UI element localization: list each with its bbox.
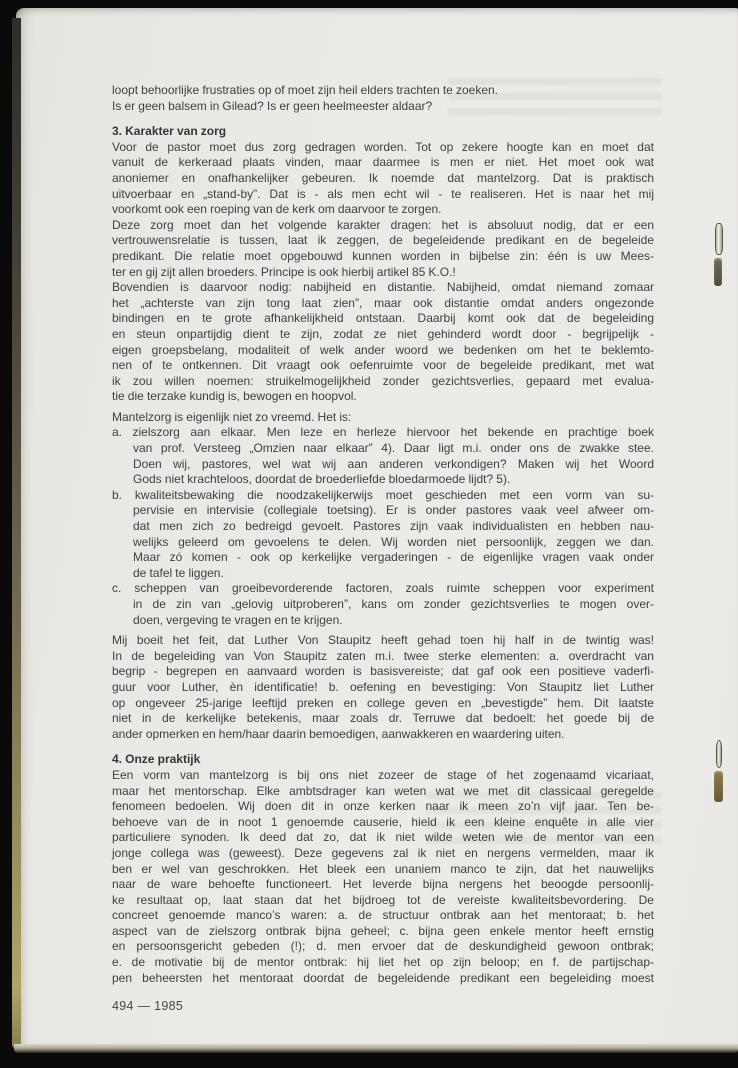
text-line: Deze zorg moet dan het volgende karakter… — [112, 218, 654, 234]
text-line: Bovendien is daarvoor nodig: nabijheid e… — [112, 280, 654, 296]
text-line: a. zielszorg aan elkaar. Men leze en her… — [112, 425, 654, 441]
paragraph: a. zielszorg aan elkaar. Men leze en her… — [112, 425, 654, 487]
text-line: c. scheppen van groeibevorderende factor… — [112, 581, 654, 597]
text-line: voorkomt ook een roeping van de kerk om … — [112, 202, 654, 218]
text-line: fenomeen bedoelen. Wij doen dit in onze … — [112, 799, 654, 815]
text-line: het „achterste van zijn tong laat zien”,… — [112, 296, 654, 312]
text-line: begrip - begrepen en aanvaard worden is … — [112, 664, 654, 680]
paragraph: loopt behoorlijke frustraties op of moet… — [112, 83, 654, 114]
text-line: jonge collega was (geweest). Deze gegeve… — [112, 846, 654, 862]
text-line: Gods niet krachteloos, doordat de broede… — [112, 472, 654, 488]
paragraph: b. kwaliteitsbewaking die noodzakelijker… — [112, 488, 654, 582]
paragraph: Mantelzorg is eigenlijk niet zo vreemd. … — [112, 410, 654, 426]
text-line: loopt behoorlijke frustraties op of moet… — [112, 83, 654, 99]
scanned-document: { "colors": { "paper": "#ebe9e5", "ink":… — [0, 0, 738, 1068]
text-line: en persoonsgericht gebeden (!); d. men e… — [112, 939, 654, 955]
text-line: de tafel te liggen. — [112, 566, 654, 582]
text-line: predikant. Die relatie moet opgebouwd ku… — [112, 249, 654, 265]
text-line: e. de motivatie bij de mentor ontbrak: h… — [112, 955, 654, 971]
staple-mark — [712, 740, 724, 804]
text-line: Een vorm van mantelzorg is bij ons niet … — [112, 768, 654, 784]
text-line: bindingen en te grote afhankelijkheid on… — [112, 311, 654, 327]
text-line: pervisie en intervisie (collegiale toets… — [112, 503, 654, 519]
text-line: ik zou willen noemen: struikelmogelijkhe… — [112, 374, 654, 390]
text-line: ander opmerken en hem/haar daarin bemoed… — [112, 727, 654, 743]
text-line: ke resultaat op, laat staan dat het bijd… — [112, 893, 654, 909]
text-line: vanuit de kerkeraad plaats vinden, maar … — [112, 155, 654, 171]
text-line: en steun onpartijdig dient te zijn, zoda… — [112, 327, 654, 343]
text-line: particuliere synoden. Ik deed dat zo, da… — [112, 830, 654, 846]
text-line: nen of te ontkennen. Dit vraagt ook oefe… — [112, 358, 654, 374]
text-line: maar het mentorschap. Elke ambtsdrager k… — [112, 784, 654, 800]
page-bottom-edge — [14, 1044, 738, 1053]
text-line: doen, vergeving te vragen en te krijgen. — [112, 613, 654, 629]
text-line: uitvoerbaar en „stand-by”. Dat is - als … — [112, 187, 654, 203]
section-heading: 4. Onze praktijk — [112, 752, 654, 768]
staple-wire — [715, 223, 723, 255]
text-line: naar de ware behoefte functioneert. Het … — [112, 877, 654, 893]
text-line: b. kwaliteitsbewaking die noodzakelijker… — [112, 488, 654, 504]
text-line: eigen groepsbelang, modaliteit of welk a… — [112, 343, 654, 359]
staple-wire — [716, 740, 722, 768]
text-line: op ongeveer 25-jarige leeftijd preken en… — [112, 696, 654, 712]
text-line: guur voor Luther, èn identificatie! b. o… — [112, 680, 654, 696]
text-line: Mantelzorg is eigenlijk niet zo vreemd. … — [112, 410, 654, 426]
text-line: pen beheersten het mentoraat doordat de … — [112, 971, 654, 987]
book-page-edge — [12, 18, 21, 1048]
paragraph: Een vorm van mantelzorg is bij ons niet … — [112, 768, 654, 986]
text-line: Doen wij, pastores, wel wat wij aan ande… — [112, 457, 654, 473]
text-line: van prof. Versteeg „Omzien naar elkaar” … — [112, 441, 654, 457]
text-line: Is er geen balsem in Gilead? Is er geen … — [112, 99, 654, 115]
text-line: tie die terzake kundig is, bewogen en ho… — [112, 389, 654, 405]
text-line: Maar zó komen - ook op kerkelijke vergad… — [112, 550, 654, 566]
text-line: in de zin van „gelovig uitproberen”, kan… — [112, 597, 654, 613]
text-line: ben er wel van geschrokken. Het bleek ee… — [112, 862, 654, 878]
page-footer: 494 — 1985 — [112, 999, 183, 1013]
text-line: concreet genoemde manco’s waren: a. de s… — [112, 908, 654, 924]
paragraph: Mij boeit het feit, dat Luther Von Staup… — [112, 633, 654, 742]
text-column: loopt behoorlijke frustraties op of moet… — [112, 83, 654, 986]
text-line: behoeve van de in noot 1 genoemde causer… — [112, 815, 654, 831]
text-line: dat men zich zo bedreigd gevoelt. Pastor… — [112, 519, 654, 535]
paragraph: c. scheppen van groeibevorderende factor… — [112, 581, 654, 628]
text-line: niet in de kerkelijke betekenis, maar zo… — [112, 711, 654, 727]
text-line: anoniemer en onafhankelijker gebeuren. I… — [112, 171, 654, 187]
text-line: Mij boeit het feit, dat Luther Von Staup… — [112, 633, 654, 649]
text-line: welijks geleerd om gevoelens te delen. W… — [112, 535, 654, 551]
text-line: aspect van de zielszorg ontbrak bijna ge… — [112, 924, 654, 940]
staple-mark — [712, 223, 724, 289]
text-line: ter en gij zijt allen broeders. Principe… — [112, 265, 654, 281]
section-heading: 3. Karakter van zorg — [112, 124, 654, 140]
staple-rust — [714, 258, 722, 286]
text-line: In de begeleiding van Von Staupitz zaten… — [112, 649, 654, 665]
text-line: vertrouwensrelatie is tussen, laat ik ze… — [112, 233, 654, 249]
paragraph: Voor de pastor moet dus zorg gedragen wo… — [112, 140, 654, 405]
text-line: Voor de pastor moet dus zorg gedragen wo… — [112, 140, 654, 156]
staple-rust — [714, 771, 723, 802]
